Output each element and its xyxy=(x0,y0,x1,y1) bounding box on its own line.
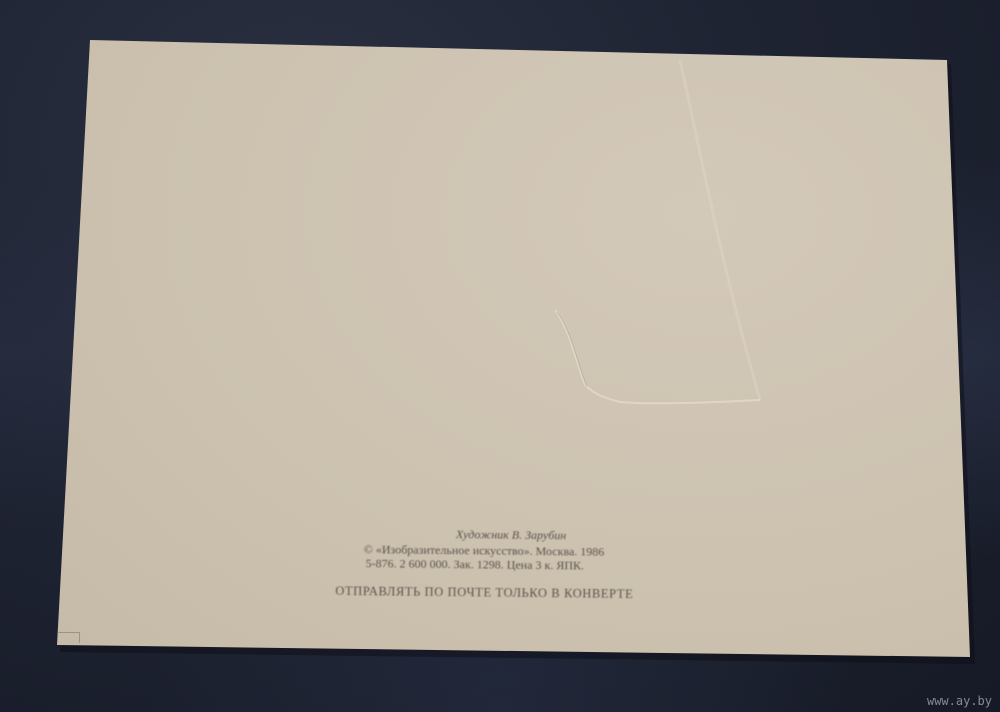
artist-label: Художник xyxy=(456,527,509,542)
order-line: 5-876. 2 600 000. Зак. 1298. Цена 3 к. Я… xyxy=(366,556,585,573)
watermark: www.ay.by xyxy=(927,694,992,708)
corner-mark xyxy=(57,632,80,643)
artist-name: В. Зарубин xyxy=(512,528,567,543)
postcard xyxy=(0,0,1000,712)
mailing-notice: ОТПРАВЛЯТЬ ПО ПОЧТЕ ТОЛЬКО В КОНВЕРТЕ xyxy=(335,584,633,602)
artist-credit: Художник В. Зарубин xyxy=(456,527,566,543)
